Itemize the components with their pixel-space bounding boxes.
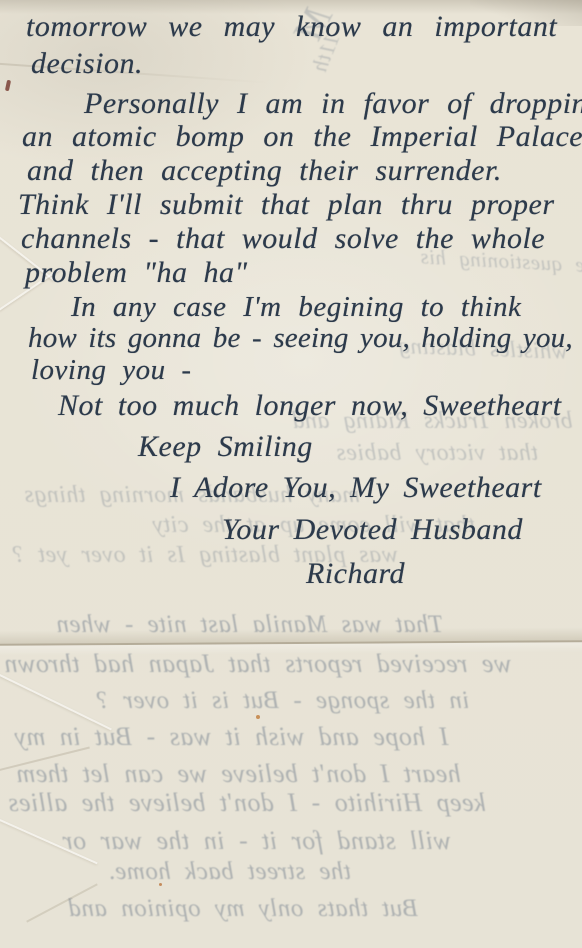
bleedthrough-fragment: that victory babies bbox=[336, 440, 538, 467]
letter-line: Not too much longer now, Sweetheart bbox=[58, 389, 562, 423]
letter-line: Personally I am in favor of dropping bbox=[84, 87, 582, 121]
letter-line: channels - that would solve the whole bbox=[21, 222, 545, 256]
letter-line: loving you - bbox=[31, 354, 192, 387]
letter-line: an atomic bomp on the Imperial Palace bbox=[22, 120, 582, 154]
closing-keep-smiling: Keep Smiling bbox=[138, 430, 313, 464]
ink-fleck bbox=[5, 80, 11, 92]
bleedthrough-line: in the sponge - But is it over ? bbox=[96, 687, 469, 715]
fold-line bbox=[0, 640, 582, 646]
bleedthrough-line: heart I don't believe we can let them bbox=[16, 759, 461, 789]
bleedthrough-line: keep Hirihito - I don't believe the alli… bbox=[8, 788, 486, 818]
letter-page: M 11th people questioning his whistles b… bbox=[0, 0, 582, 948]
rust-speck-1 bbox=[256, 715, 260, 719]
closing-adore-you: I Adore You, My Sweetheart bbox=[170, 471, 542, 505]
bleedthrough-line: But thats only my opinion and bbox=[68, 895, 418, 923]
bleedthrough-line: the street back home. bbox=[108, 858, 351, 886]
letter-line: tomorrow we may know an important bbox=[26, 10, 557, 44]
letter-line: problem "ha ha" bbox=[25, 256, 248, 290]
bleedthrough-line: will stand for it - in the war or bbox=[62, 826, 451, 856]
letter-line: decision. bbox=[31, 47, 143, 81]
signature: Richard bbox=[306, 557, 405, 591]
letter-line: and then accepting their surrender. bbox=[27, 154, 502, 188]
letter-line: how its gonna be - seeing you, holding y… bbox=[28, 322, 573, 355]
bleedthrough-line: I hope and wish it was - But in my bbox=[14, 722, 449, 752]
bleedthrough-line: we received reports that Japan had throw… bbox=[4, 649, 511, 679]
bleedthrough-line: That was Manila last nite - when bbox=[56, 611, 443, 639]
closing-devoted-husband: Your Devoted Husband bbox=[222, 513, 523, 547]
letter-line: In any case I'm begining to think bbox=[71, 291, 521, 324]
letter-line: Think I'll submit that plan thru proper bbox=[18, 188, 555, 222]
